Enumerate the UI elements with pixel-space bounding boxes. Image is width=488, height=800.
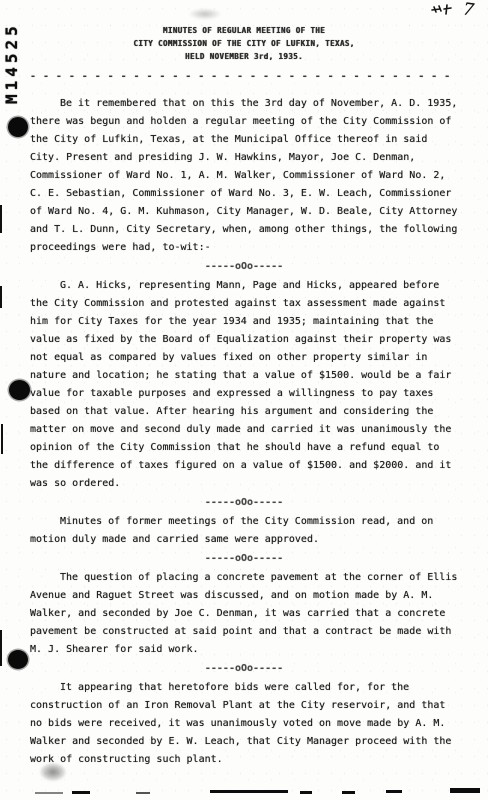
section-separator: -----oOo----- bbox=[30, 660, 458, 678]
scan-edge-artifact bbox=[210, 790, 288, 793]
paragraph-iron-removal-plant: It appearing that heretofore bids were c… bbox=[30, 679, 458, 769]
paragraph-minutes-approved: Minutes of former meetings of the City C… bbox=[30, 513, 458, 549]
scan-artifact-line bbox=[0, 286, 2, 308]
scan-artifact-line bbox=[0, 205, 2, 233]
scan-edge-artifact bbox=[450, 788, 480, 793]
scan-edge-artifact bbox=[35, 792, 63, 794]
scan-artifact-line bbox=[1, 424, 3, 454]
hole-punch-mark bbox=[8, 117, 28, 137]
document-body: MINUTES OF REGULAR MEETING OF THE CITY C… bbox=[30, 24, 458, 769]
hole-punch-mark bbox=[8, 650, 28, 669]
title-line-2: CITY COMMISSION OF THE CITY OF LUFKIN, T… bbox=[30, 37, 458, 50]
title-line-3: HELD NOVEMBER 3rd, 1935. bbox=[30, 50, 458, 63]
typed-dash-rule: - - - - - - - - - - - - - - - - - - - - … bbox=[30, 68, 458, 86]
handwritten-page-annotation: 7 bbox=[431, 0, 474, 20]
scan-edge-artifact bbox=[342, 791, 355, 794]
section-separator: -----oOo----- bbox=[30, 258, 458, 276]
scan-edge-artifact bbox=[300, 791, 312, 794]
paragraph-tax-protest: G. A. Hicks, representing Mann, Page and… bbox=[30, 277, 458, 493]
scan-edge-artifact bbox=[386, 790, 402, 793]
paragraph-opening: Be it remembered that on this the 3rd da… bbox=[30, 95, 458, 257]
scan-edge-artifact bbox=[72, 791, 90, 794]
handwritten-scribble-icon bbox=[431, 1, 461, 20]
scan-artifact-line bbox=[0, 630, 2, 666]
title-line-1: MINUTES OF REGULAR MEETING OF THE bbox=[30, 24, 458, 37]
scan-edge-artifact bbox=[136, 792, 150, 794]
document-title: MINUTES OF REGULAR MEETING OF THE CITY C… bbox=[30, 24, 458, 63]
hole-punch-mark bbox=[9, 380, 30, 400]
section-separator: -----oOo----- bbox=[30, 494, 458, 512]
paragraph-concrete-pavement: The question of placing a concrete pavem… bbox=[30, 569, 458, 659]
scanned-document-page: M14525 7 MINUTES OF REGULAR MEETING OF T… bbox=[0, 0, 488, 800]
page-number: 7 bbox=[462, 0, 476, 21]
file-number-stamp: M14525 bbox=[2, 22, 21, 104]
section-separator: -----oOo----- bbox=[30, 550, 458, 568]
ink-smudge bbox=[188, 8, 222, 20]
